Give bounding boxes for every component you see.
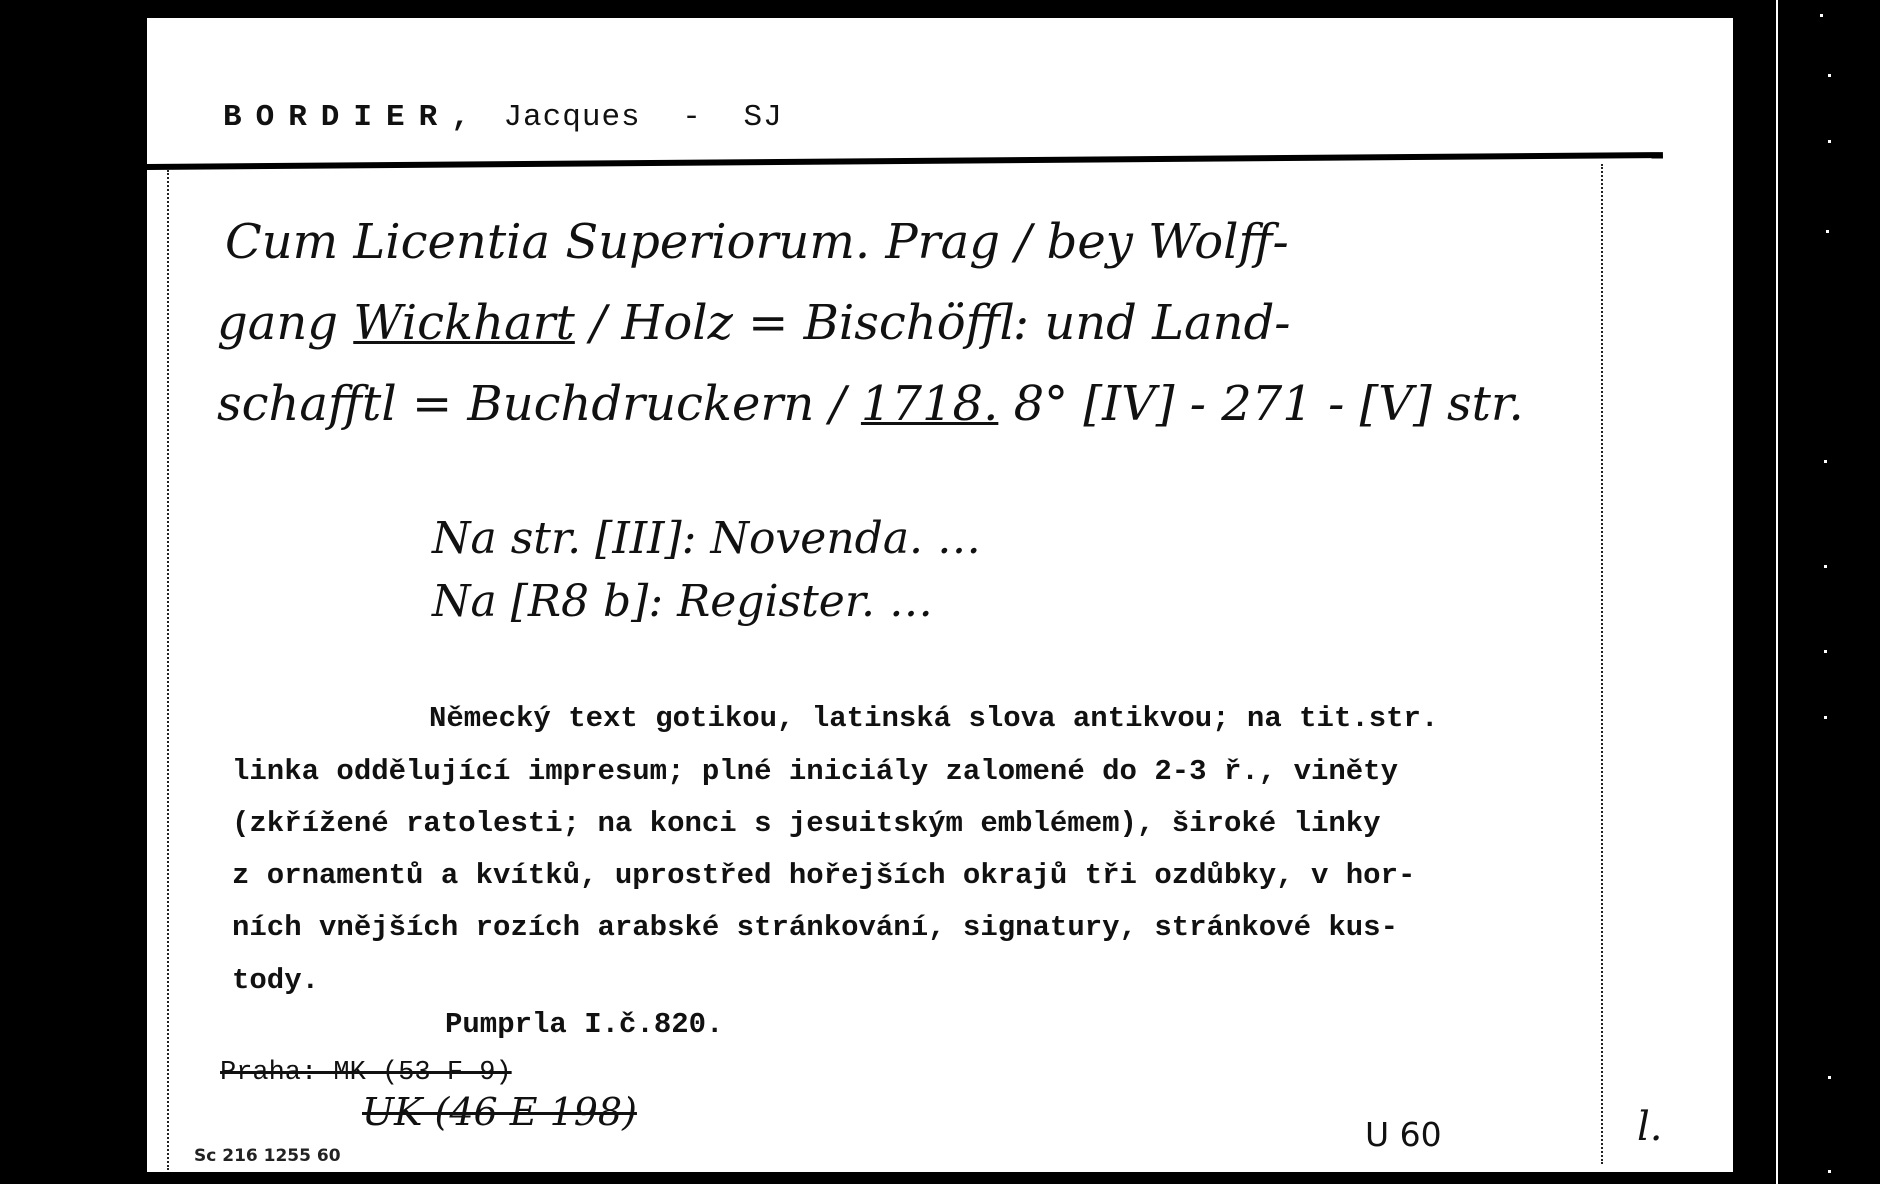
right-dotted-margin xyxy=(1601,164,1603,1164)
printer-name: Wickhart xyxy=(353,295,575,351)
scan-speck xyxy=(1820,14,1823,17)
handwritten-imprint-line-2: gang Wickhart / Holz = Bischöffl: und La… xyxy=(217,295,1291,351)
description-line: z ornamentů a kvítků, uprostřed hořejšíc… xyxy=(232,859,1415,892)
imprint-year: 1718. xyxy=(861,376,998,432)
description-line: Německý text gotikou, latinská slova ant… xyxy=(429,702,1438,735)
scan-speck xyxy=(1828,74,1831,77)
description-line: linka oddělující impresum; plné iniciály… xyxy=(232,755,1398,788)
scan-margin-line xyxy=(1776,0,1778,1184)
left-dotted-margin xyxy=(167,170,169,1170)
shelf-mark: U 60 xyxy=(1365,1115,1442,1154)
scan-speck xyxy=(1828,1170,1831,1173)
imprint-text: schafftl = Buchdruckern / xyxy=(217,376,861,432)
header-rule xyxy=(147,152,1663,170)
handwritten-note-2: Na [R8 b]: Register. … xyxy=(432,576,933,627)
heading-surname: BORDIER, xyxy=(223,100,484,135)
scan-speck xyxy=(1824,460,1827,463)
handwritten-imprint-line-1: Cum Licentia Superiorum. Prag / bey Wolf… xyxy=(225,214,1289,270)
print-code: Sc 216 1255 60 xyxy=(194,1146,341,1166)
heading-separator: - xyxy=(682,100,702,135)
struck-location-2: UK (46 E 198) xyxy=(362,1090,637,1134)
imprint-text: gang xyxy=(217,295,353,351)
heading-forename: Jacques xyxy=(503,100,640,135)
bibliographic-reference: Pumprla I.č.820. xyxy=(445,1008,723,1041)
scan-speck xyxy=(1824,565,1827,568)
handwritten-note-1: Na str. [III]: Novenda. … xyxy=(432,513,981,564)
catalog-card: BORDIER, Jacques - SJ Cum Licentia Super… xyxy=(147,18,1733,1172)
scan-speck xyxy=(1824,650,1827,653)
description-line: (zkřížené ratolesti; na konci s jesuitsk… xyxy=(232,807,1381,840)
imprint-text: / Holz = Bischöffl: und Land- xyxy=(575,295,1291,351)
handwritten-imprint-line-3: schafftl = Buchdruckern / 1718. 8° [IV] … xyxy=(217,376,1524,432)
scan-speck xyxy=(1824,716,1827,719)
heading-order: SJ xyxy=(744,100,783,135)
card-heading: BORDIER, Jacques - SJ xyxy=(223,100,783,135)
scan-speck xyxy=(1828,1076,1831,1079)
description-line: ních vnějších rozích arabské stránkování… xyxy=(232,911,1398,944)
collation: 8° [IV] - 271 - [V] str. xyxy=(998,376,1523,432)
scan-speck xyxy=(1828,140,1831,143)
initial-mark: l. xyxy=(1637,1104,1663,1150)
struck-location-1: Praha: MK (53 F 9) xyxy=(220,1058,512,1088)
scan-speck xyxy=(1826,230,1829,233)
description-line: tody. xyxy=(232,964,319,997)
